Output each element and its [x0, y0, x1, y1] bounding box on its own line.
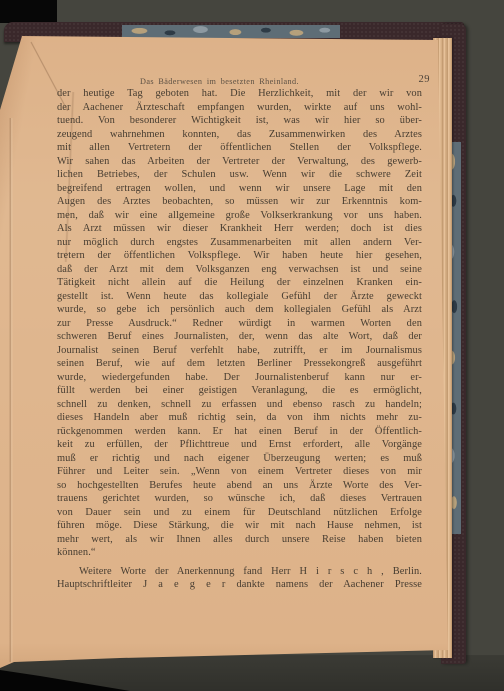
text-line: zeugend wahrnehmen konnten, das Zusammen…	[57, 128, 422, 142]
text-line: dieses Handeln aber muß richtig sein, da…	[57, 411, 422, 425]
text-line: begreifend ertragen wollen, und wenn wir…	[57, 182, 422, 196]
text-line: der heutige Tag geboten hat. Die Herzlic…	[57, 87, 422, 101]
text-line: gestellt ist. Wenn heute das kollegiale …	[57, 290, 422, 304]
marbled-paper-edge-top	[122, 25, 340, 38]
text-line: Augen des Arztes beobachten, so müssen w…	[57, 195, 422, 209]
text-line: rückgenommen werden kann. Er hat einen B…	[57, 425, 422, 439]
text-line: Führer und Leiter sein. „Wenn von einem …	[57, 465, 422, 479]
text-line: Wir sahen das Arbeiten der Vertreter der…	[57, 155, 422, 169]
paragraph: der heutige Tag geboten hat. Die Herzlic…	[57, 87, 422, 560]
text-line: trauens gerichtet wurden, so wünsche ich…	[57, 492, 422, 506]
text-line: wurde, wiedergefunden habe. Der Journali…	[57, 371, 422, 385]
text-line: Hauptschriftleiter J a e g e r dankte na…	[57, 578, 422, 592]
text-line: mit allen Vertretern der öffentlichen St…	[57, 141, 422, 155]
text-line: führen möge. Diese Stärkung, die wir mit…	[57, 519, 422, 533]
text-line: Weitere Worte der Anerkennung fand Herr …	[57, 565, 422, 579]
text-line: von Dauer sein und zu einem für Deutschl…	[57, 506, 422, 520]
text-line: tretern der öffentlichen Volkspflege. Wi…	[57, 249, 422, 263]
text-line: lichen Betriebes, der Schulen usw. Wenn …	[57, 168, 422, 182]
body-text: der heutige Tag geboten hat. Die Herzlic…	[57, 87, 422, 592]
text-line: füllt werden bei einer geistigen Veranla…	[57, 384, 422, 398]
page-number: 29	[419, 74, 431, 85]
text-line: keit zu erfüllen, der Pflichttreue und E…	[57, 438, 422, 452]
text-line: der Aachener Ärzteschaft empfangen wurde…	[57, 101, 422, 115]
text-line: nur möglich durch engstes Zusammenarbeit…	[57, 236, 422, 250]
text-line: so hochgestellten Berufes heute abend an…	[57, 479, 422, 493]
running-title: Das Bäderwesen im besetzten Rheinland.	[57, 77, 382, 86]
text-line: tuend. Von besonderer Wichtigkeit ist, w…	[57, 114, 422, 128]
photo-shadow-top-left	[0, 0, 57, 23]
text-line: schnell zu denken, schnell zu erfassen u…	[57, 398, 422, 412]
text-line: wurde, so gebe ich persönlich auch dem k…	[57, 303, 422, 317]
text-line: seinen Beruf, wie auf dem letzten Berlin…	[57, 357, 422, 371]
text-line: schweren Beruf eines Journalisten, der, …	[57, 330, 422, 344]
text-line: daß der Arzt mit dem Volksganzen eng ver…	[57, 263, 422, 277]
text-line: Journalist seinen Beruf verfehlt habe, z…	[57, 344, 422, 358]
book-scan-photo: Das Bäderwesen im besetzten Rheinland. 2…	[0, 0, 504, 691]
page-header: Das Bäderwesen im besetzten Rheinland. 2…	[57, 74, 422, 88]
scanned-book-page: Das Bäderwesen im besetzten Rheinland. 2…	[0, 0, 504, 691]
text-line: mehr wert, als wir Ihnen alles durch uns…	[57, 533, 422, 547]
text-line: men, daß wir eine allgemeine große Volks…	[57, 209, 422, 223]
text-line: muß er richtig und nach eigener Überzeug…	[57, 452, 422, 466]
paragraph: Weitere Worte der Anerkennung fand Herr …	[57, 565, 422, 592]
text-line: Tätigkeit nicht allein auf die Heilung d…	[57, 276, 422, 290]
text-line: Als Arzt müssen wir dieser Krankheit Her…	[57, 222, 422, 236]
text-line: können.“	[57, 546, 422, 560]
page-crease	[9, 118, 13, 662]
text-line: zur Presse Ausdruck.“ Redner würdigt in …	[57, 317, 422, 331]
